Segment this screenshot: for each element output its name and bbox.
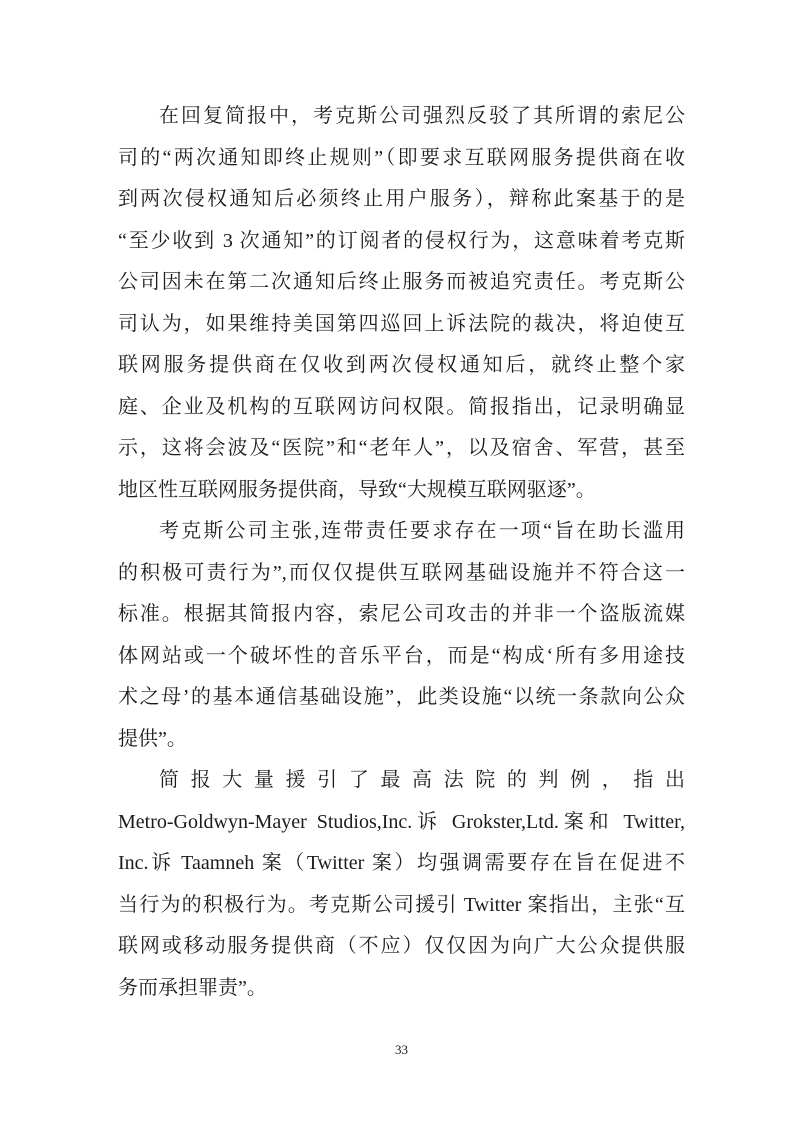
text-line: 司认为，如果维持美国第四巡回上诉法院的裁决，将迫使互 (118, 304, 685, 346)
text-line: 务而承担罪责”。 (118, 968, 685, 1010)
text-line: 术之母’的基本通信基础设施”，此类设施“以统一条款向公众 (118, 677, 685, 719)
text-line: 联网服务提供商在仅收到两次侵权通知后，就终止整个家 (118, 345, 685, 387)
text-line: 联网或移动服务提供商（不应）仅仅因为向广大公众提供服 (118, 926, 685, 968)
paragraph: 在回复简报中，考克斯公司强烈反驳了其所谓的索尼公司的“两次通知即终止规则”（即要… (118, 96, 685, 511)
text-line: 体网站或一个破坏性的音乐平台，而是“构成‘所有多用途技 (118, 636, 685, 678)
text-line: 地区性互联网服务提供商，导致“大规模互联网驱逐”。 (118, 470, 685, 512)
text-line: 庭、企业及机构的互联网访问权限。简报指出，记录明确显 (118, 387, 685, 429)
text-line: 提供”。 (118, 719, 685, 761)
paragraph: 考克斯公司主张,连带责任要求存在一项“旨在助长滥用的积极可责行为”,而仅仅提供互… (118, 511, 685, 760)
paragraph: 简报大量援引了最高法院的判例，指出Metro-Goldwyn-Mayer Stu… (118, 760, 685, 1009)
text-line: “至少收到 3 次通知”的订阅者的侵权行为，这意味着考克斯 (118, 221, 685, 263)
text-line: 标准。根据其简报内容，索尼公司攻击的并非一个盗版流媒 (118, 594, 685, 636)
text-line: 考克斯公司主张,连带责任要求存在一项“旨在助长滥用 (118, 511, 685, 553)
text-line: Metro-Goldwyn-Mayer Studios,Inc.诉 Grokst… (118, 802, 685, 844)
text-line: 到两次侵权通知后必须终止用户服务），辩称此案基于的是 (118, 179, 685, 221)
document-page: 在回复简报中，考克斯公司强烈反驳了其所谓的索尼公司的“两次通知即终止规则”（即要… (0, 0, 793, 1122)
text-line: 示，这将会波及“医院”和“老年人”，以及宿舍、军营，甚至 (118, 428, 685, 470)
text-line: 在回复简报中，考克斯公司强烈反驳了其所谓的索尼公 (118, 96, 685, 138)
text-line: 简报大量援引了最高法院的判例，指出 (118, 760, 685, 802)
text-line: Inc.诉 Taamneh 案（Twitter 案）均强调需要存在旨在促进不 (118, 843, 685, 885)
text-line: 的积极可责行为”,而仅仅提供互联网基础设施并不符合这一 (118, 553, 685, 595)
text-line: 公司因未在第二次通知后终止服务而被追究责任。考克斯公 (118, 262, 685, 304)
text-line: 当行为的积极行为。考克斯公司援引 Twitter 案指出，主张“互 (118, 885, 685, 927)
text-line: 司的“两次通知即终止规则”（即要求互联网服务提供商在收 (118, 138, 685, 180)
page-number: 33 (118, 1042, 685, 1058)
text-block: 在回复简报中，考克斯公司强烈反驳了其所谓的索尼公司的“两次通知即终止规则”（即要… (118, 96, 685, 1009)
